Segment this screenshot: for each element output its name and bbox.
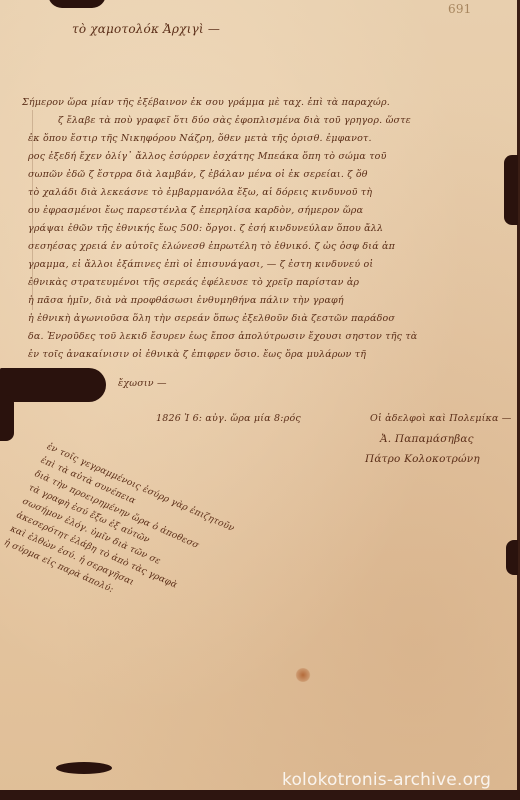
ink-blot-right xyxy=(504,155,518,225)
closing-word: ἔχωσιν — xyxy=(118,378,167,389)
body-line: ἐθνικὰς στρατευμένοι τῆς σερεάς ἐφέλευσε… xyxy=(28,277,359,288)
body-line: σωπῶν ἐδῶ ζ ἔστρρα διὰ λαμβάν, ζ ἐβάλαν … xyxy=(28,169,368,180)
body-line: ἐν τοῖς ἀνακαίνισιν οἱ ἐθνικὰ ζ ἐπιφρεν … xyxy=(28,349,366,360)
body-line: ου ἐφρασμένοι ἔως παρεστένλα ζ ἐπερηλίσα… xyxy=(28,205,363,216)
body-line: ρος ἐξεδή ἔχεν ὀλίγ᾽ ἄλλος ἐσύρρεν ἐσχάτ… xyxy=(28,151,387,162)
signature-1: Ἀ. Παπαμάσηβας xyxy=(380,433,474,445)
body-line: σεσηέσας χρειά ἐν αὐτοῖς ἐλώνεσθ ἐπρωτέλ… xyxy=(28,241,395,252)
body-line: ἡ πᾶσα ἡμῖν, διὰ νὰ προφθάσωσι ἐνθυμηθήν… xyxy=(28,295,344,306)
ink-blot-bottom xyxy=(56,762,112,774)
date-line: 1826 Ἰ 6: αὐγ. ὥρα μία 8:ρός xyxy=(156,413,301,424)
diagonal-margin-note: ἐν τοῖς γεγραμμένοις ἐσύρρ γὰρ ἐπιζητοῦν… xyxy=(1,440,287,655)
body-line: γραμμα, εἰ ἄλλοι ἐξάπινες ἐπὶ οἰ ἐπισυνά… xyxy=(28,259,373,270)
body-line: ἡ ἐθνικὴ ἀγωνιοῦσα ὅλη τὴν σερεάν ὅπως ἐ… xyxy=(28,313,395,324)
body-line: ζ ἔλαβε τὰ ποὺ γραφεῖ ὅτι δύο σὰς ἐφοπλι… xyxy=(58,115,411,126)
manuscript-page: 691 τὸ χαμοτολόκ Ἀρχιγὶ — Σήμερον ὥρα μί… xyxy=(0,0,520,800)
ink-blot-right-lower xyxy=(506,540,518,575)
body-line: γράψαι ἐθῶν τῆς ἐθνικής ἔως 500: ὄργοι. … xyxy=(28,223,383,234)
ink-blot-left-edge xyxy=(0,395,14,441)
body-line: Σήμερον ὥρα μίαν τῆς ἐξέβαινον ἐκ σου γρ… xyxy=(22,97,390,108)
ink-blot-left xyxy=(0,368,106,402)
body-line: δα. Ἐνροῦδες τοῦ λεκιδ ἔσυρεν ἐως ἔποσ ἀ… xyxy=(28,331,417,342)
page-number: 691 xyxy=(448,2,472,16)
body-line: ἐκ ὅπου ἔστιρ τῆς Νικηφόρου Νάζρη, ὅθεν … xyxy=(28,133,372,144)
archive-watermark: kolokotronis-archive.org xyxy=(282,770,491,790)
rust-stain xyxy=(295,668,311,682)
ink-blot-top xyxy=(48,0,106,8)
page-bottom-edge xyxy=(0,790,520,800)
body-line: τὸ χαλάδι διὰ λεκεάσνε τὸ ἐμβαρμανόλα ἔξ… xyxy=(28,187,372,198)
signature-2: Πάτρο Κολοκοτρώνη xyxy=(365,453,480,465)
heading-line: τὸ χαμοτολόκ Ἀρχιγὶ — xyxy=(72,22,220,36)
signature-salutation: Οἱ ἀδελφοὶ καὶ Πολεμίκα — xyxy=(370,413,511,424)
